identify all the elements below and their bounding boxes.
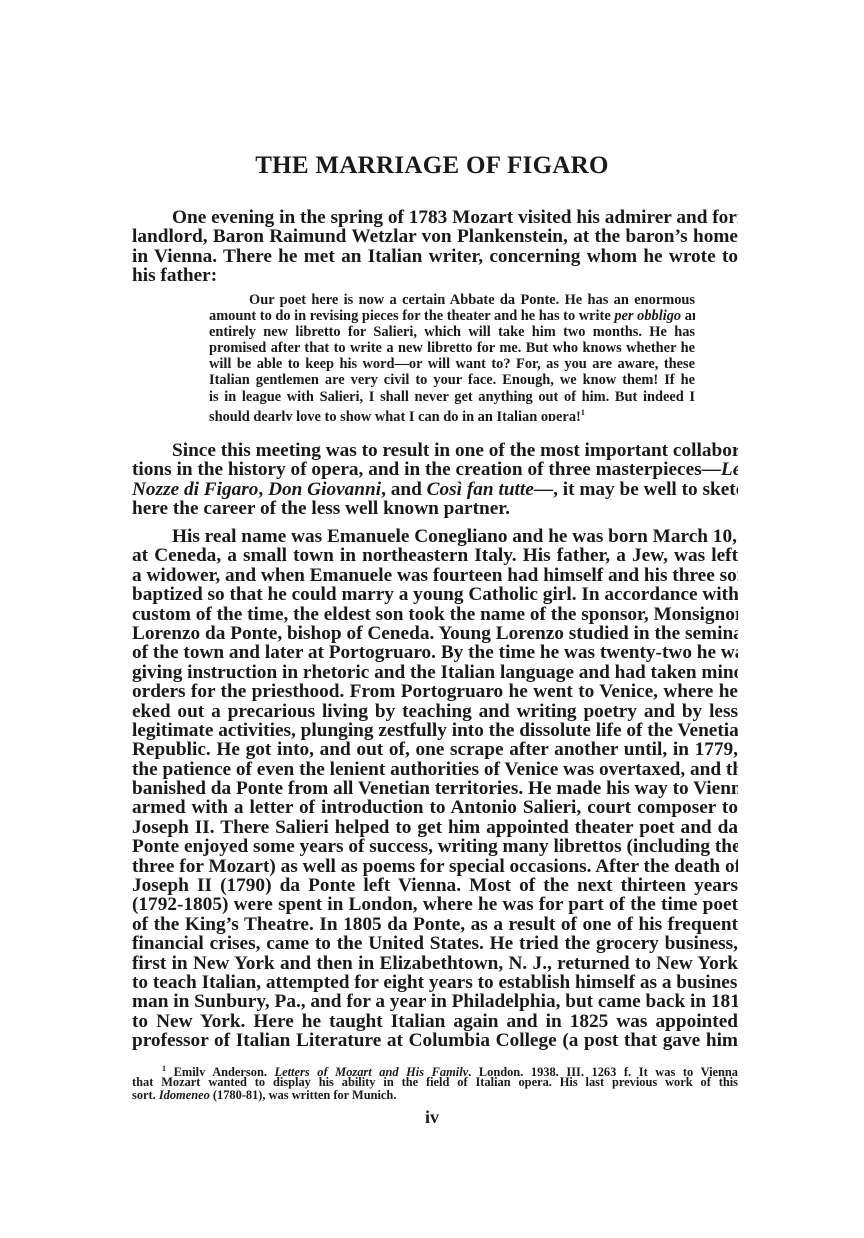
footnote-line: sort. Idomeneo (1780-81), was written fo… [132, 1089, 738, 1103]
paragraph-intro: One evening in the spring of 1783 Mozart… [132, 208, 738, 286]
opera-title: Idomeneo [159, 1089, 210, 1102]
quote-text: amount to do in revising pieces for the … [209, 308, 611, 324]
text-line: eked out a precarious living by teaching… [132, 702, 738, 721]
text-line: Joseph II (1790) da Ponte left Vienna. M… [132, 876, 738, 895]
text-segment: tions in the history of opera, and in th… [132, 460, 721, 479]
text-line: financial crises, came to the United Sta… [132, 934, 738, 953]
text-line: tions in the history of opera, and in th… [132, 460, 738, 479]
text-line: One evening in the spring of 1783 Mozart… [132, 208, 738, 227]
text-line: His real name was Emanuele Conegliano an… [132, 527, 738, 546]
text-line: armed with a letter of introduction to A… [132, 798, 738, 817]
text-line: baptized so that he could marry a young … [132, 585, 738, 604]
text-line: Since this meeting was to result in one … [132, 441, 738, 460]
text-line: professor of Italian Literature at Colum… [132, 1031, 738, 1050]
opera-title: Le [721, 460, 738, 479]
quote-line: will be able to keep his word—or will wa… [209, 356, 695, 372]
footnote: 1 Emily Anderson, Letters of Mozart and … [132, 1062, 738, 1103]
text-line: (1792-1805) were spent in London, where … [132, 895, 738, 914]
footnote-text: Emily Anderson, [166, 1065, 275, 1075]
text-line: Lorenzo da Ponte, bishop of Ceneda. Youn… [132, 624, 738, 643]
quote-line: Italian gentlemen are very civil to your… [209, 372, 695, 388]
text-line: legitimate activities, plunging zestfull… [132, 721, 738, 740]
page-title: THE MARRIAGE OF FIGARO [0, 152, 864, 180]
footnote-line: that Mozart wanted to display his abilit… [132, 1076, 738, 1090]
footnote-text: (1780-81), was written for Munich. [210, 1089, 397, 1102]
text-line: custom of the time, the eldest son took … [132, 605, 738, 624]
footnote-text: , London, 1938, III, 1263 f. It was to V… [468, 1065, 738, 1075]
quote-line: Our poet here is now a certain Abbate da… [209, 292, 695, 308]
text-line: first in New York and then in Elizabetht… [132, 954, 738, 973]
quote-line: entirely new libretto for Salieri, which… [209, 324, 695, 340]
quote-line: is in league with Salieri, I shall never… [209, 389, 695, 405]
book-title: Letters of Mozart and His Family [275, 1065, 469, 1075]
quote-line: amount to do in revising pieces for the … [209, 308, 695, 324]
paragraph-biography: His real name was Emanuele Conegliano an… [132, 527, 738, 1051]
text-line: at Ceneda, a small town in northeastern … [132, 546, 738, 565]
footnote-ref[interactable]: 1 [581, 408, 585, 417]
page-number: iv [0, 1107, 864, 1128]
text-line: Nozze di Figaro, Don Giovanni, and Così … [132, 480, 738, 499]
text-line: in Vienna. There he met an Italian write… [132, 247, 738, 266]
quote-text: should dearly love to show what I can do… [209, 408, 581, 420]
footnote-text: sort. [132, 1089, 159, 1102]
text-line: orders for the priesthood. From Portogru… [132, 682, 738, 701]
text-line: landlord, Baron Raimund Wetzlar von Plan… [132, 227, 738, 246]
text-line: here the career of the less well known p… [132, 499, 738, 518]
text-line: his father: [132, 266, 738, 285]
text-segment: —, it may be well to sketch [534, 480, 738, 499]
opera-title: Così fan tutte [427, 480, 534, 499]
text-line: of the town and later at Portogruaro. By… [132, 643, 738, 662]
opera-title: Nozze di Figaro [132, 480, 258, 499]
text-line: Joseph II. There Salieri helped to get h… [132, 818, 738, 837]
text-line: Ponte enjoyed some years of success, wri… [132, 837, 738, 856]
footnote-line: 1 Emily Anderson, Letters of Mozart and … [132, 1062, 738, 1076]
text-line: three for Mozart) as well as poems for s… [132, 857, 738, 876]
text-segment: , and [381, 480, 427, 499]
text-line: giving instruction in rhetoric and the I… [132, 663, 738, 682]
block-quote: Our poet here is now a certain Abbate da… [209, 292, 695, 421]
text-line: to teach Italian, attempted for eight ye… [132, 973, 738, 992]
quote-line: promised after that to write a new libre… [209, 340, 695, 356]
quote-text: an [681, 308, 695, 324]
text-line: of the King’s Theatre. In 1805 da Ponte,… [132, 915, 738, 934]
quote-line: should dearly love to show what I can do… [209, 405, 695, 421]
text-line: Republic. He got into, and out of, one s… [132, 740, 738, 759]
quote-italic: per obbligo [614, 308, 681, 324]
paragraph-collaboration: Since this meeting was to result in one … [132, 441, 738, 519]
text-segment: , [258, 480, 268, 499]
document-page: THE MARRIAGE OF FIGARO One evening in th… [0, 0, 864, 1238]
text-line: the patience of even the lenient authori… [132, 760, 738, 779]
text-line: to New York. Here he taught Italian agai… [132, 1012, 738, 1031]
text-line: banished da Ponte from all Venetian terr… [132, 779, 738, 798]
text-line: man in Sunbury, Pa., and for a year in P… [132, 992, 738, 1011]
text-line: a widower, and when Emanuele was fourtee… [132, 566, 738, 585]
opera-title: Don Giovanni [268, 480, 381, 499]
